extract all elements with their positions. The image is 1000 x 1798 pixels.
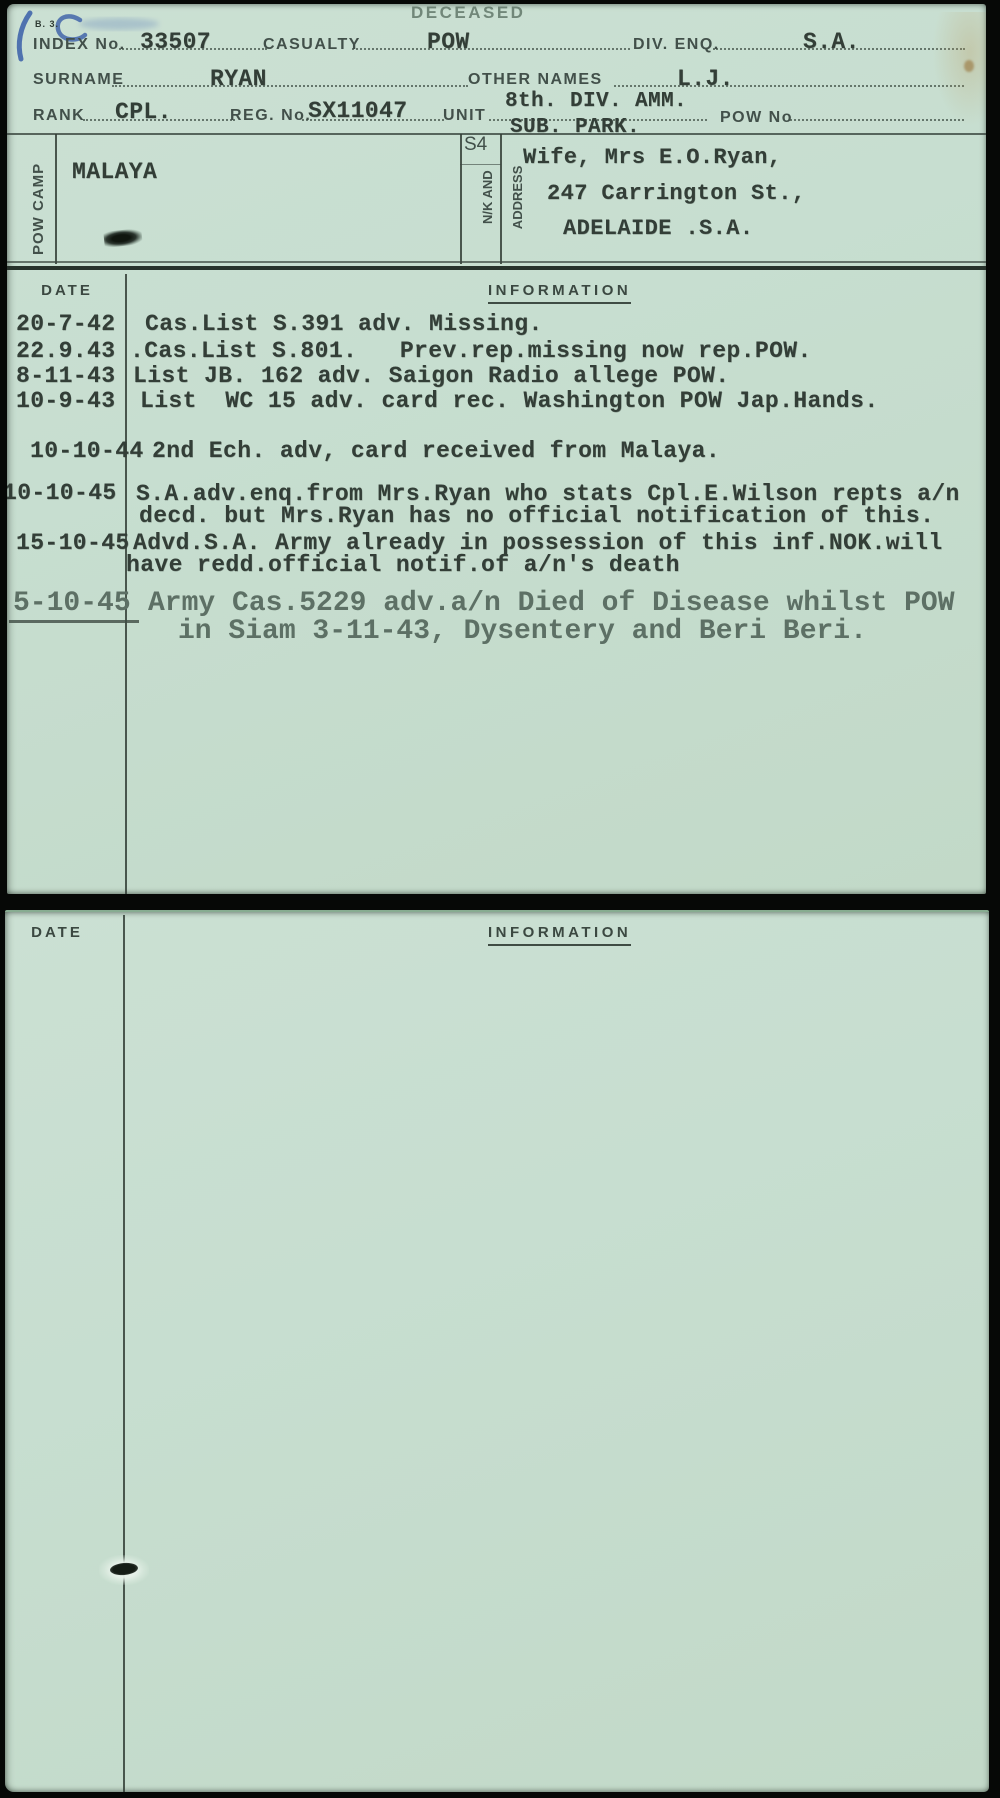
date-column-divider: [123, 915, 125, 1792]
entry-text: 2nd Ech. adv, card received from Malaya.: [152, 440, 720, 463]
box-top-rule: [7, 133, 986, 135]
camp-label-divider: [55, 134, 57, 264]
pow-camp-label: POW CAMP: [30, 163, 47, 255]
casualty-label: CASUALTY: [263, 37, 361, 53]
pen-slash-mark: [19, 13, 30, 59]
rank-label: RANK: [33, 108, 85, 124]
rank-value: CPL.: [115, 101, 172, 124]
unit-label: UNIT: [443, 108, 486, 124]
nk-label-line2: ADDRESS: [510, 166, 525, 230]
surname-label: SURNAME: [33, 72, 124, 88]
ink-blot: [103, 228, 142, 248]
deceased-stamp: DECEASED: [411, 4, 525, 21]
entry-text: Army Cas.5229 adv.a/n Died of Disease wh…: [148, 590, 955, 618]
dotted-rule: [119, 48, 267, 50]
entry-text: decd. but Mrs.Ryan has no official notif…: [139, 505, 934, 528]
date-column-header: DATE: [19, 925, 95, 940]
double-rule-thin: [7, 261, 986, 263]
index-no-label: INDEX No.: [33, 37, 126, 53]
date-underline: [9, 620, 139, 623]
entry-date: 15-10-45: [16, 532, 130, 555]
nk-address-label: N/K AND ADDRESS: [465, 162, 540, 254]
pow-camp-value: MALAYA: [72, 161, 157, 184]
paper-stain: [932, 12, 986, 127]
entry-date: 10-9-43: [16, 390, 115, 413]
nk-address-line2: 247 Carrington St.,: [547, 183, 805, 205]
entry-date: 10-10-44: [30, 440, 144, 463]
other-names-value: L.J.: [677, 68, 734, 91]
other-names-label: OTHER NAMES: [468, 72, 603, 88]
casualty-card-front: DECEASED B. 3. INDEX No. 33507 CASUALTY …: [7, 4, 986, 894]
entry-date: 20-7-42: [16, 313, 115, 336]
surname-value: RYAN: [210, 68, 267, 91]
div-enq-value: S.A.: [803, 31, 860, 54]
dotted-rule: [112, 85, 468, 87]
entry-date: 22.9.43: [16, 340, 115, 363]
nk-box-left-line: [460, 134, 462, 264]
entry-text: .Cas.List S.801. Prev.rep.missing now re…: [130, 340, 812, 363]
paper-spot: [964, 60, 974, 72]
index-no-value: 33507: [140, 31, 211, 54]
entry-text: List WC 15 adv. card rec. Washington POW…: [140, 390, 879, 413]
information-column-header: INFORMATION: [488, 283, 631, 304]
casualty-card-reverse: DATE INFORMATION: [5, 910, 989, 1792]
s4-label: S4: [464, 135, 487, 154]
nk-address-line3: ADELAIDE .S.A.: [563, 218, 753, 240]
entry-text: Cas.List S.391 adv. Missing.: [145, 313, 543, 336]
information-column-header: INFORMATION: [488, 925, 631, 946]
date-column-header: DATE: [27, 283, 107, 298]
scanned-document: DECEASED B. 3. INDEX No. 33507 CASUALTY …: [0, 0, 1000, 1798]
entry-date: 5-10-45: [13, 590, 131, 618]
reg-no-value: SX11047: [308, 100, 407, 123]
reg-no-label: REG. No.: [230, 108, 311, 124]
div-enq-label: DIV. ENQ.: [633, 37, 720, 53]
entry-date: 10-10-45: [7, 482, 117, 505]
casualty-value: POW: [427, 31, 470, 54]
date-column-divider: [125, 274, 127, 894]
nk-label-line1: N/K AND: [480, 170, 495, 224]
pow-no-label: POW No: [720, 110, 793, 126]
entry-text: in Siam 3-11-43, Dysentery and Beri Beri…: [178, 618, 867, 646]
dotted-rule: [352, 48, 630, 50]
entry-text: have redd.official notif.of a/n's death: [126, 554, 680, 577]
dotted-rule: [614, 85, 964, 87]
double-rule-thick: [7, 266, 986, 270]
nk-address-line1: Wife, Mrs E.O.Ryan,: [523, 147, 781, 169]
entry-date: 8-11-43: [16, 365, 115, 388]
form-code: B. 3.: [35, 20, 59, 29]
entry-text: List JB. 162 adv. Saigon Radio allege PO…: [133, 365, 730, 388]
unit-value-line1: 8th. DIV. AMM.: [505, 91, 687, 112]
